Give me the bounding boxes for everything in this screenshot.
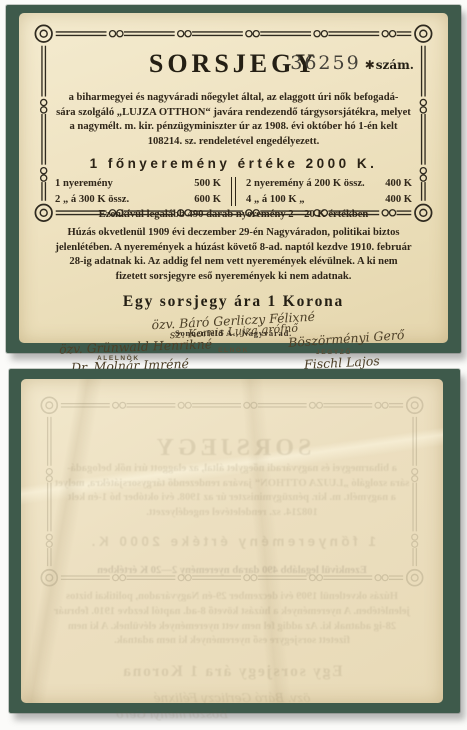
title-row: SORSJEGY 36259✱szám. <box>53 49 414 85</box>
ticket-back-paper: SORSJEGY a biharmegyei és nagyváradi nőe… <box>21 379 443 703</box>
ghost-signature: Böszörményi Gerő <box>47 707 297 721</box>
terms-line: jelenlétében. A nyeremények a húzást köv… <box>53 241 414 256</box>
ticket-back-photo: SORSJEGY a biharmegyei és nagyváradi nőe… <box>9 369 460 713</box>
ghost-line: 1 főnyeremény értéke 2000 K. <box>47 534 417 549</box>
prize-row: 1 nyeremény 500 K <box>55 176 221 191</box>
ghost-line: Egy sorsjegy ára 1 Korona <box>47 663 417 681</box>
ghost-line: 28-ig adatnak ki. Az addig fel nem vett … <box>47 620 417 635</box>
ghost-line: sára szolgáló „LUJZA OTTHON“ javára rend… <box>47 477 417 492</box>
prize-table-right-column: 2 nyeremény á 200 K össz. 400 K 4 „ á 10… <box>246 176 412 207</box>
serial-number: 36259✱szám. <box>290 52 414 74</box>
ghost-line: 108214. sz. rendeletével engedélyezett. <box>47 506 417 521</box>
ticket-front-content: SORSJEGY 36259✱szám. a biharmegyei és na… <box>53 35 414 393</box>
prize-value: 600 K <box>194 192 221 207</box>
terms-paragraph: Húzás okvetlenül 1909 évi deczember 29-é… <box>53 226 414 284</box>
ghost-line: jelenlétében. A nyeremények a húzást köv… <box>47 605 417 620</box>
intro-line: a biharmegyei és nagyváradi nőegylet ált… <box>53 91 414 106</box>
ticket-front-photo: SORSJEGY 36259✱szám. a biharmegyei és na… <box>6 5 461 353</box>
ghost-line: fizetett sorsjegyre eső nyeremények ki n… <box>47 634 417 649</box>
intro-paragraph: a biharmegyei és nagyváradi nőegylet ált… <box>53 91 414 149</box>
ghost-line: a nagymélt. m. kir. pénzügyminiszter úr … <box>47 491 417 506</box>
prize-label: 2 „ á 300 K össz. <box>55 192 129 207</box>
prize-table-left-column: 1 nyeremény 500 K 2 „ á 300 K össz. 600 … <box>55 176 221 207</box>
prize-table: 1 nyeremény 500 K 2 „ á 300 K össz. 600 … <box>55 176 412 207</box>
ghost-signature: özv. Báró Gerliczy Félixné <box>47 691 417 705</box>
ticket-front-paper: SORSJEGY 36259✱szám. a biharmegyei és na… <box>19 13 448 343</box>
printer-imprint: Sonnenfeld A., Nagyvárad. <box>19 328 448 338</box>
additional-prizes-line: Ezenkívül legalább 490 darab nyeremény 2… <box>53 209 414 220</box>
prize-row: 2 nyeremény á 200 K össz. 400 K <box>246 176 412 191</box>
intro-line: a nagymélt. m. kir. pénzügyminiszter úr … <box>53 120 414 135</box>
main-prize-line: 1 főnyeremény értéke 2000 K. <box>53 156 414 171</box>
ghost-line: Húzás okvetlenül 1909 évi deczember 29-é… <box>47 590 417 605</box>
prize-value: 400 K <box>385 192 412 207</box>
terms-line: 28-ig adatnak ki. Az addig fel nem vett … <box>53 255 414 270</box>
auction-photo-page: { "colors": { "frame_green": "#3e5a4b", … <box>0 0 467 730</box>
show-through-text: SORSJEGY a biharmegyei és nagyváradi nőe… <box>47 409 417 721</box>
prize-value: 400 K <box>385 176 412 191</box>
ghost-intro: a biharmegyei és nagyváradi nőegylet ált… <box>47 462 417 520</box>
ghost-line: Ezenkívül legalább 490 darab nyeremény 2… <box>47 565 417 576</box>
terms-line: fizetett sorsjegyre eső nyeremények ki n… <box>53 270 414 285</box>
serial-number-value: 36259 <box>290 52 360 74</box>
intro-line: sára szolgáló „LUJZA OTTHON“ javára rend… <box>53 106 414 121</box>
double-rule-divider <box>231 177 236 206</box>
prize-value: 500 K <box>194 176 221 191</box>
prize-label: 4 „ á 100 K „ <box>246 192 305 207</box>
ghost-title: SORSJEGY <box>47 435 417 462</box>
intro-line: 108214. sz. rendeletével engedélyezett. <box>53 135 414 150</box>
asterisk-icon: ✱ <box>365 58 375 72</box>
prize-row: 2 „ á 300 K össz. 600 K <box>55 192 221 207</box>
ghost-line: a biharmegyei és nagyváradi nőegylet ált… <box>47 462 417 477</box>
prize-row: 4 „ á 100 K „ 400 K <box>246 192 412 207</box>
ghost-terms: Húzás okvetlenül 1909 évi deczember 29-é… <box>47 590 417 648</box>
serial-suffix: szám. <box>376 58 414 72</box>
prize-label: 1 nyeremény <box>55 176 113 191</box>
prize-label: 2 nyeremény á 200 K össz. <box>246 176 365 191</box>
terms-line: Húzás okvetlenül 1909 évi deczember 29-é… <box>53 226 414 241</box>
